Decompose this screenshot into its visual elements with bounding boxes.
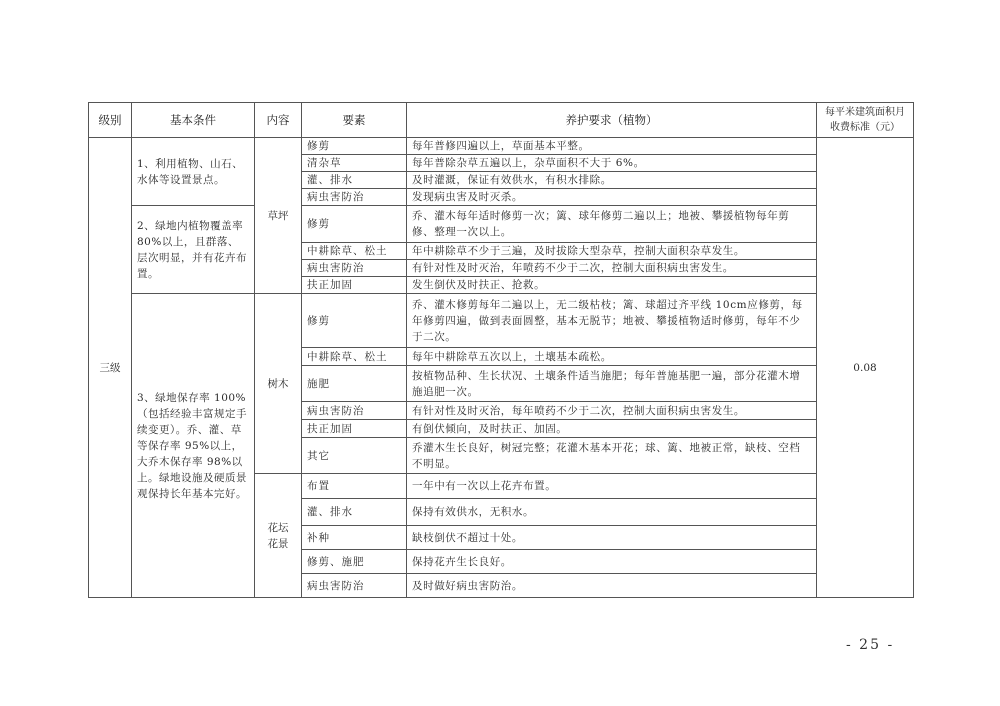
element-cell: 中耕除草、松土: [302, 243, 407, 260]
requirement-cell: 每年中耕除草五次以上，土壤基本疏松。: [407, 348, 817, 366]
requirement-cell: 每年普除杂草五遍以上，杂草面积不大于 6%。: [407, 155, 817, 172]
requirement-cell: 有针对性及时灭治，年喷药不少于二次，控制大面积病虫害发生。: [407, 260, 817, 277]
header-fee: 每平米建筑面积月收费标准（元）: [817, 103, 914, 138]
requirement-cell: 年中耕除草不少于三遍，及时拔除大型杂草，控制大面积杂草发生。: [407, 243, 817, 260]
element-cell: 修剪: [302, 138, 407, 155]
element-cell: 病虫害防治: [302, 574, 407, 598]
level-cell: 三级: [89, 138, 132, 598]
element-cell: 清杂草: [302, 155, 407, 172]
element-cell: 修剪: [302, 294, 407, 348]
document-page: 级别 基本条件 内容 要素 养护要求（植物） 每平米建筑面积月收费标准（元） 三…: [0, 0, 1000, 706]
table-header-row: 级别 基本条件 内容 要素 养护要求（植物） 每平米建筑面积月收费标准（元）: [89, 103, 914, 138]
header-content: 内容: [255, 103, 302, 138]
requirement-cell: 及时灌溉，保证有效供水，有积水排除。: [407, 172, 817, 189]
requirement-cell: 保持有效供水，无积水。: [407, 499, 817, 526]
requirement-cell: 乔、灌木修剪每年二遍以上，无二级枯枝；篱、球超过齐平线 10cm应修剪，每年修剪…: [407, 294, 817, 348]
requirement-cell: 及时做好病虫害防治。: [407, 574, 817, 598]
element-cell: 灌、排水: [302, 499, 407, 526]
element-cell: 病虫害防治: [302, 260, 407, 277]
element-cell: 修剪: [302, 206, 407, 243]
requirement-cell: 保持花卉生长良好。: [407, 550, 817, 574]
element-cell: 补种: [302, 526, 407, 550]
header-conditions: 基本条件: [132, 103, 255, 138]
requirement-cell: 缺枝倒伏不超过十处。: [407, 526, 817, 550]
element-cell: 灌、排水: [302, 172, 407, 189]
element-cell: 其它: [302, 438, 407, 474]
element-cell: 修剪、施肥: [302, 550, 407, 574]
requirement-cell: 有针对性及时灭治，每年喷药不少于二次，控制大面积病虫害发生。: [407, 402, 817, 420]
requirement-cell: 发现病虫害及时灭杀。: [407, 189, 817, 206]
element-cell: 中耕除草、松土: [302, 348, 407, 366]
requirement-cell: 乔灌木生长良好，树冠完整；花灌木基本开花；球、篱、地被正常，缺枝、空档不明显。: [407, 438, 817, 474]
fee-cell: 0.08: [817, 138, 914, 598]
element-cell: 扶正加固: [302, 420, 407, 438]
content-lawn: 草坪: [255, 138, 302, 294]
requirement-cell: 有倒伏倾向，及时扶正、加固。: [407, 420, 817, 438]
table-row: 三级 1、利用植物、山石、水体等设置景点。 草坪 修剪 每年普修四遍以上，草面基…: [89, 138, 914, 155]
requirement-cell: 按植物品种、生长状况、土壤条件适当施肥；每年普施基肥一遍，部分花灌木增施追肥一次…: [407, 366, 817, 402]
element-cell: 病虫害防治: [302, 189, 407, 206]
requirement-cell: 发生倒伏及时扶正、抢救。: [407, 277, 817, 294]
element-cell: 布置: [302, 474, 407, 499]
condition-2: 2、绿地内植物覆盖率 80%以上，且群落、层次明显，并有花卉布置。: [132, 206, 255, 294]
element-cell: 施肥: [302, 366, 407, 402]
requirement-cell: 乔、灌木每年适时修剪一次；篱、球年修剪二遍以上；地被、攀援植物每年剪修、整理一次…: [407, 206, 817, 243]
header-element: 要素: [302, 103, 407, 138]
header-level: 级别: [89, 103, 132, 138]
page-number: - 25 -: [846, 637, 894, 653]
header-requirement: 养护要求（植物）: [407, 103, 817, 138]
requirement-cell: 一年中有一次以上花卉布置。: [407, 474, 817, 499]
table-row: 3、绿地保存率 100%（包括经验丰富规定手续变更）。乔、灌、草等保存率 95%…: [89, 294, 914, 348]
condition-1: 1、利用植物、山石、水体等设置景点。: [132, 138, 255, 206]
content-trees: 树木: [255, 294, 302, 474]
content-flowerbeds: 花坛花景: [255, 474, 302, 598]
element-cell: 扶正加固: [302, 277, 407, 294]
table-row: 2、绿地内植物覆盖率 80%以上，且群落、层次明显，并有花卉布置。 修剪 乔、灌…: [89, 206, 914, 243]
element-cell: 病虫害防治: [302, 402, 407, 420]
requirement-cell: 每年普修四遍以上，草面基本平整。: [407, 138, 817, 155]
condition-3: 3、绿地保存率 100%（包括经验丰富规定手续变更）。乔、灌、草等保存率 95%…: [132, 294, 255, 598]
maintenance-standard-table: 级别 基本条件 内容 要素 养护要求（植物） 每平米建筑面积月收费标准（元） 三…: [88, 102, 914, 598]
